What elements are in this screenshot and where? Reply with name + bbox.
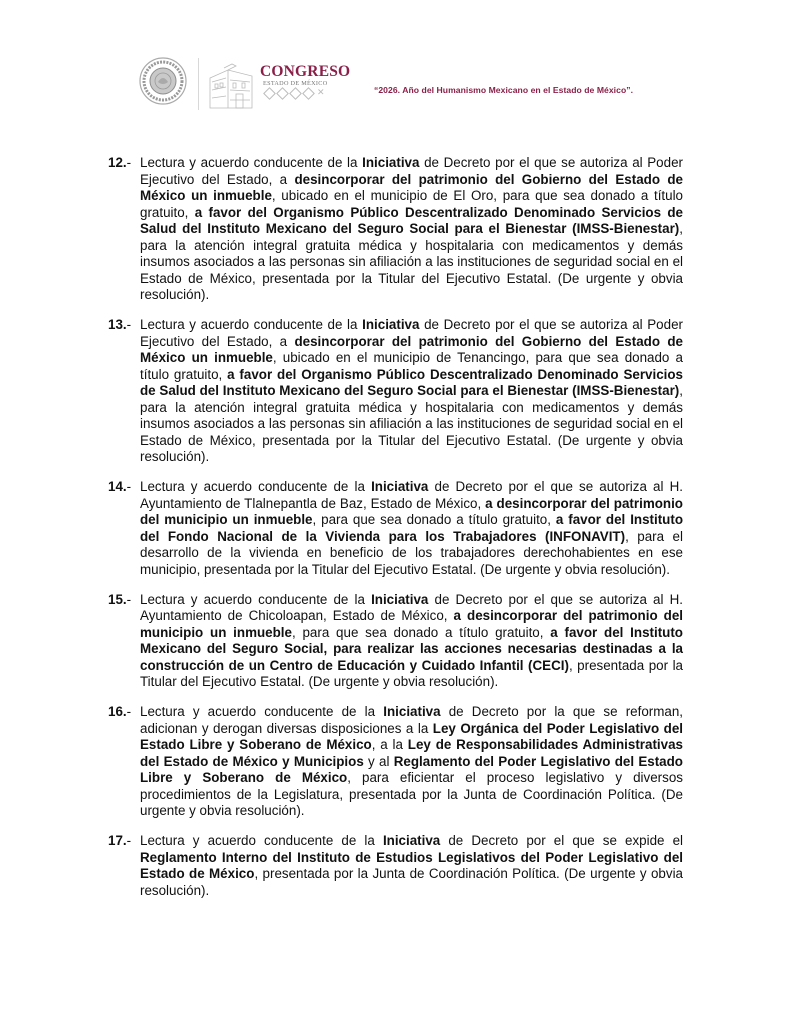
text-run: Lectura y acuerdo conducente de la xyxy=(140,479,371,494)
bold-text-run: Iniciativa xyxy=(383,833,440,848)
logo-ornaments: ✕ xyxy=(265,89,350,98)
logo-title: CONGRESO xyxy=(260,64,350,80)
agenda-item: 15.- Lectura y acuerdo conducente de la … xyxy=(108,592,683,691)
year-motto: “2026. Año del Humanismo Mexicano en el … xyxy=(374,85,633,95)
text-run: Lectura y acuerdo conducente de la xyxy=(140,317,362,332)
logo-subtitle: ESTADO DE MÉXICO xyxy=(263,80,350,88)
agenda-item: 12.- Lectura y acuerdo conducente de la … xyxy=(108,155,683,304)
congress-building-icon xyxy=(206,60,256,110)
ornament-icon xyxy=(276,87,289,100)
item-number: 15.- xyxy=(108,592,140,691)
agenda-item: 13.- Lectura y acuerdo conducente de la … xyxy=(108,317,683,466)
state-seal-icon xyxy=(138,56,188,106)
text-run: Lectura y acuerdo conducente de la xyxy=(140,592,371,607)
congress-logo: CONGRESO ESTADO DE MÉXICO ✕ xyxy=(260,64,350,98)
item-number: 17.- xyxy=(108,833,140,899)
agenda-item: 16.- Lectura y acuerdo conducente de la … xyxy=(108,704,683,820)
item-number: 13.- xyxy=(108,317,140,466)
item-text: Lectura y acuerdo conducente de la Inici… xyxy=(140,704,683,820)
text-run: Lectura y acuerdo conducente de la xyxy=(140,833,383,848)
bold-text-run: a favor del Organismo Público Descentral… xyxy=(140,205,683,237)
item-text: Lectura y acuerdo conducente de la Inici… xyxy=(140,833,683,899)
item-text: Lectura y acuerdo conducente de la Inici… xyxy=(140,317,683,466)
text-run: de Decreto por el que se expide el xyxy=(440,833,683,848)
agenda-item: 14.- Lectura y acuerdo conducente de la … xyxy=(108,479,683,578)
item-text: Lectura y acuerdo conducente de la Inici… xyxy=(140,155,683,304)
text-run: Lectura y acuerdo conducente de la xyxy=(140,704,383,719)
ornament-x-icon: ✕ xyxy=(317,89,325,98)
agenda-list: 12.- Lectura y acuerdo conducente de la … xyxy=(108,155,683,913)
text-run: y al xyxy=(364,754,394,769)
text-run: Lectura y acuerdo conducente de la xyxy=(140,155,362,170)
bold-text-run: Iniciativa xyxy=(371,592,428,607)
agenda-item: 17.- Lectura y acuerdo conducente de la … xyxy=(108,833,683,899)
ornament-icon xyxy=(263,87,276,100)
bold-text-run: Iniciativa xyxy=(362,155,419,170)
item-text: Lectura y acuerdo conducente de la Inici… xyxy=(140,479,683,578)
header-divider xyxy=(198,58,199,110)
item-text: Lectura y acuerdo conducente de la Inici… xyxy=(140,592,683,691)
ornament-icon xyxy=(302,87,315,100)
page-header: CONGRESO ESTADO DE MÉXICO ✕ “2026. Año d… xyxy=(0,0,791,120)
item-number: 16.- xyxy=(108,704,140,820)
text-run: , a la xyxy=(372,737,408,752)
bold-text-run: Iniciativa xyxy=(371,479,428,494)
text-run: , para que sea donado a título gratuito, xyxy=(292,625,550,640)
bold-text-run: Iniciativa xyxy=(383,704,440,719)
ornament-icon xyxy=(289,87,302,100)
text-run: , para que sea donado a título gratuito, xyxy=(313,512,556,527)
item-number: 12.- xyxy=(108,155,140,304)
bold-text-run: Iniciativa xyxy=(362,317,419,332)
item-number: 14.- xyxy=(108,479,140,578)
